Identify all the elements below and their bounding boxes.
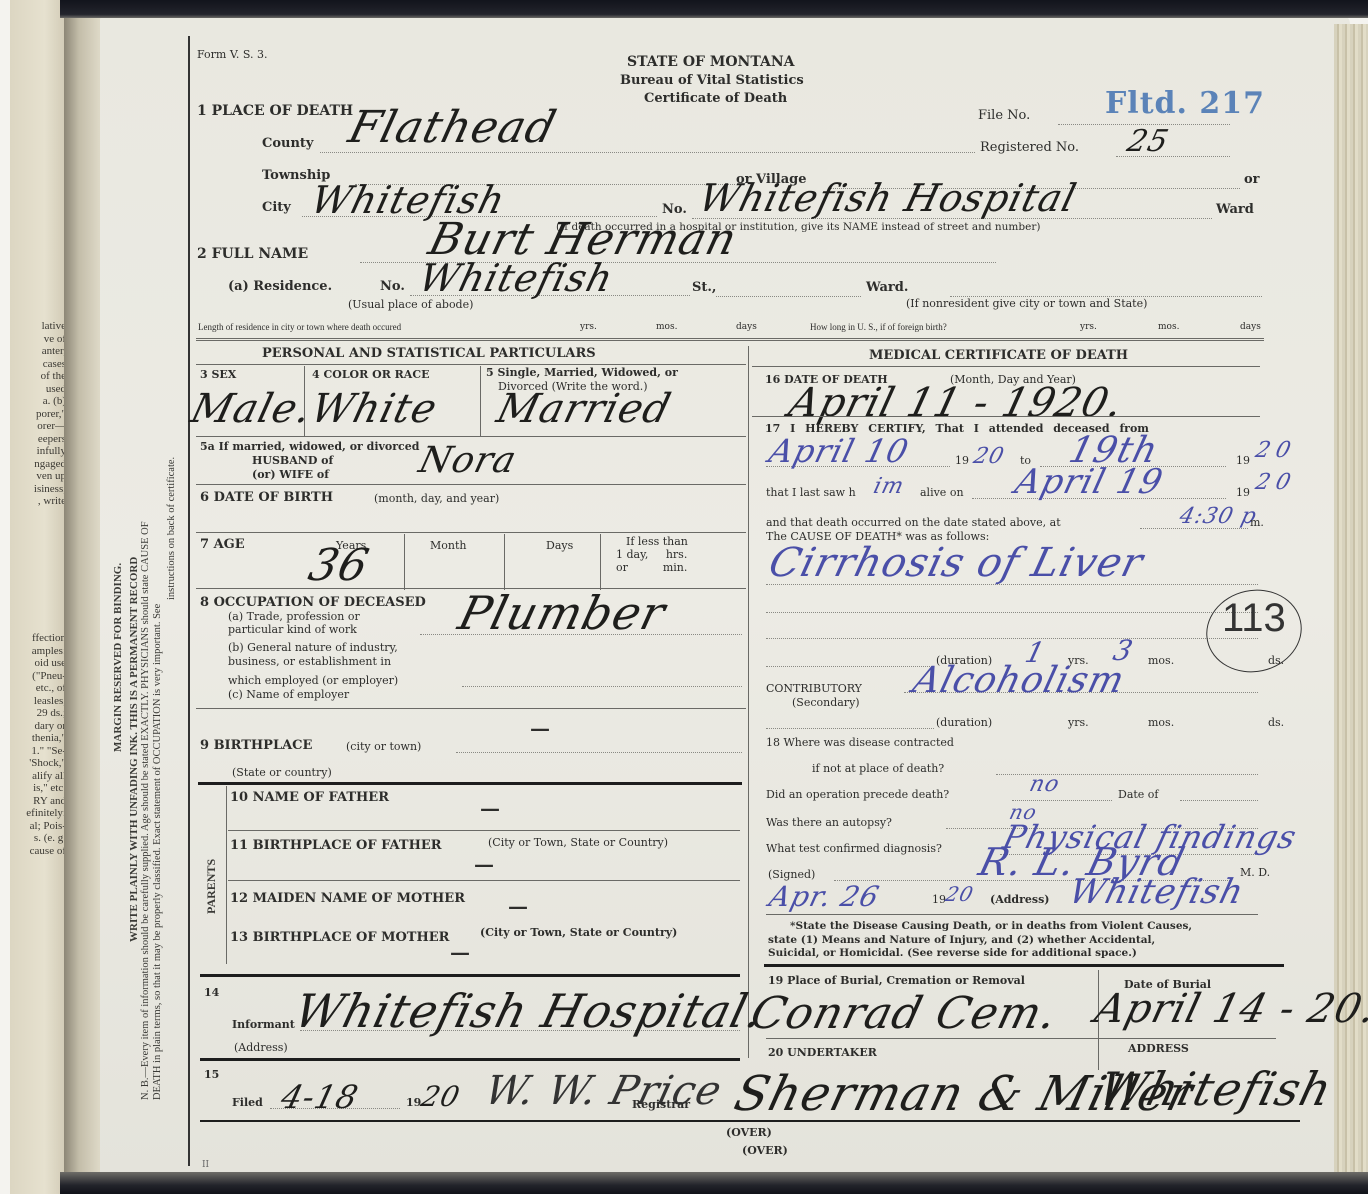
less-than-label-1: If less than	[626, 535, 688, 548]
test-label: What test confirmed diagnosis?	[766, 842, 942, 855]
marital-label: 5 Single, Married, Widowed, or	[486, 366, 678, 379]
occupation-label: 8 OCCUPATION OF DECEASED	[200, 595, 426, 610]
mother-birthplace-label: 13 BIRTHPLACE OF MOTHER	[230, 930, 449, 945]
father-birthplace-value: —	[474, 852, 494, 876]
age-divider	[404, 534, 405, 590]
contributory-yrs-label: yrs.	[1068, 716, 1089, 729]
operation-date-line	[1180, 800, 1258, 801]
date-of-death-value: April 11 - 1920.	[784, 380, 1128, 426]
death-time-value: 4:30 p	[1177, 504, 1260, 529]
us-mos-label: mos.	[1158, 322, 1179, 332]
full-name-label: 2 FULL NAME	[197, 246, 308, 262]
section-divider	[196, 338, 1264, 341]
age-divider	[504, 534, 505, 590]
alive-on-label: alive on	[920, 486, 964, 499]
filed-year-value: 20	[418, 1080, 464, 1113]
scanned-ledger-page: lativeve ofanter,casesof theuseda. (b)po…	[0, 0, 1368, 1194]
sex-race-divider	[304, 366, 305, 436]
occupation-a1: (a) Trade, profession or	[228, 610, 360, 623]
birthplace-label: 9 BIRTHPLACE	[200, 738, 312, 753]
margin-permanent-record-note: WRITE PLAINLY WITH UNFADING INK. THIS IS…	[128, 557, 140, 942]
residence-mos-label: mos.	[656, 322, 677, 332]
from-year-prefix: 19	[955, 454, 969, 467]
father-name-value: —	[480, 796, 500, 820]
age-month-label: Month	[430, 539, 466, 552]
last-saw-year-value: 20	[1253, 470, 1299, 495]
parents-side-divider	[226, 786, 227, 964]
spouse-value: Nora	[415, 440, 521, 481]
less-than-label-3: or min.	[616, 561, 687, 574]
burial-date-value: April 14 - 20.	[1090, 986, 1368, 1032]
abode-note: (Usual place of abode)	[348, 298, 473, 311]
dob-label: 6 DATE OF BIRTH	[200, 490, 333, 505]
birthplace-note: (city or town)	[346, 740, 421, 753]
attended-from-value: April 10	[765, 432, 913, 470]
file-no-stamp: Fltd. 217	[1105, 86, 1265, 121]
sex-value: Male.	[186, 386, 316, 432]
medical-title-rule	[752, 366, 1260, 367]
secondary-label: (Secondary)	[792, 696, 860, 709]
burial-place-label: 19 Place of Burial, Cremation or Removal	[768, 974, 1025, 987]
form-number: Form V. S. 3.	[197, 48, 268, 61]
cause-of-death-value: Cirrhosis of Liver	[764, 540, 1148, 586]
or-label: or	[1244, 172, 1260, 187]
residence-value: Whitefish	[415, 256, 619, 300]
employer-line	[462, 686, 742, 687]
over-label-1: (OVER)	[726, 1126, 772, 1139]
contributory-ds-label: ds.	[1268, 716, 1284, 729]
undertaker-address-value: Whitefish	[1093, 1062, 1338, 1116]
filed-top-rule	[200, 1058, 740, 1061]
sex-label: 3 SEX	[200, 368, 236, 381]
signed-date-value: Apr. 26	[766, 880, 883, 913]
informant-value: Whitefish Hospital.	[289, 984, 769, 1038]
burial-place-value: Conrad Cem.	[746, 988, 1063, 1039]
cause-line-2	[766, 612, 1258, 613]
adjacent-page-text-top: lativeve ofanter,casesof theuseda. (b)po…	[34, 320, 66, 508]
contributory-duration-line	[766, 728, 934, 729]
operation-value: no	[1027, 772, 1063, 797]
occupation-b3: which employed (or employer)	[228, 674, 398, 687]
informant-label: Informant	[232, 1018, 295, 1031]
adjacent-page-text-bottom: ffectionamples:oid use("Pneu-etc., oflea…	[26, 632, 66, 857]
occupation-value: Plumber	[453, 586, 671, 640]
column-divider	[748, 346, 749, 1058]
informant-address-label: (Address)	[234, 1041, 288, 1054]
death-time-label: and that death occurred on the date stat…	[766, 516, 1061, 529]
residence-st-label: St.,	[692, 280, 716, 295]
personal-title-rule	[196, 364, 746, 365]
ward-label: Ward	[1216, 202, 1254, 217]
rule	[196, 708, 746, 709]
less-than-label-2: 1 day, hrs.	[616, 548, 687, 561]
not-place-label: if not at place of death?	[812, 762, 944, 775]
to-year-prefix: 19	[1236, 454, 1250, 467]
medical-section-title: MEDICAL CERTIFICATE OF DEATH	[869, 348, 1128, 363]
residence-label: (a) Residence.	[228, 279, 332, 294]
contributory-duration-label: (duration)	[936, 716, 992, 729]
occupation-b1: (b) General nature of industry,	[228, 641, 398, 654]
marital-value: Married	[492, 386, 676, 432]
spouse-label-3: (or) WIFE of	[252, 468, 329, 481]
registrar-label: Registrar	[632, 1098, 690, 1111]
rule	[196, 484, 746, 485]
cause-line-3	[766, 638, 1258, 639]
bureau-title: Bureau of Vital Statistics	[620, 73, 804, 88]
duration-ds-label: ds.	[1268, 654, 1284, 667]
residence-yrs-label: yrs.	[580, 322, 597, 332]
birthplace-value: —	[530, 716, 550, 740]
file-no-label: File No.	[978, 108, 1030, 123]
over-label-2: (OVER)	[742, 1144, 788, 1157]
filed-number: 15	[204, 1068, 219, 1081]
footnote-line-3: Suicidal, or Homicidal. (See reverse sid…	[768, 947, 1137, 959]
spouse-label-1: 5a If married, widowed, or divorced	[200, 440, 419, 453]
filed-date-value: 4-18	[277, 1078, 362, 1116]
state-title: STATE OF MONTANA	[627, 54, 795, 70]
certificate-title: Certificate of Death	[644, 91, 787, 106]
undertaker-label: 20 UNDERTAKER	[768, 1046, 877, 1059]
footnote-line-1: *State the Disease Causing Death, or in …	[790, 920, 1192, 932]
margin-binding-note: MARGIN RESERVED FOR BINDING.	[112, 563, 124, 752]
length-of-residence-label: Length of residence in city or town wher…	[198, 322, 401, 332]
city-label: City	[262, 200, 291, 215]
to-year-value: 20	[1253, 438, 1299, 463]
age-divider	[600, 534, 601, 590]
circled-code-value: 113	[1222, 596, 1286, 641]
signed-address-label: (Address)	[990, 893, 1050, 906]
scan-bottom-shadow	[60, 1172, 1368, 1194]
personal-section-title: PERSONAL AND STATISTICAL PARTICULARS	[262, 346, 596, 361]
footnote-line-2: state (1) Means and Nature of Injury, an…	[768, 934, 1155, 946]
father-birthplace-label: 11 BIRTHPLACE OF FATHER	[230, 838, 442, 853]
operation-label: Did an operation precede death?	[766, 788, 949, 801]
county-label: County	[262, 136, 313, 151]
page-mark: II	[202, 1160, 209, 1170]
contributory-label: CONTRIBUTORY	[766, 682, 862, 695]
race-marital-divider	[480, 366, 481, 436]
nonresident-note: (If nonresident give city or town and St…	[906, 297, 1147, 310]
mother-name-value: —	[508, 894, 528, 918]
contributory-mos-label: mos.	[1148, 716, 1174, 729]
form-left-border	[188, 36, 190, 1166]
state-country-label: (State or country)	[232, 766, 332, 779]
dob-note: (month, day, and year)	[374, 492, 499, 505]
rule	[228, 880, 740, 881]
father-birthplace-note: (City or Town, State or Country)	[488, 836, 668, 849]
last-saw-year-prefix: 19	[1236, 486, 1250, 499]
us-days-label: days	[1240, 322, 1261, 332]
occupation-a2: particular kind of work	[228, 623, 357, 636]
county-value: Flathead	[344, 102, 562, 153]
us-yrs-label: yrs.	[1080, 322, 1097, 332]
mother-birthplace-value: —	[450, 940, 470, 964]
rule	[228, 830, 740, 831]
residence-days-label: days	[736, 322, 757, 332]
father-name-label: 10 NAME OF FATHER	[230, 790, 389, 805]
rule	[766, 1038, 1276, 1039]
signed-address-value: Whitefish	[1065, 872, 1248, 912]
duration-mos-label: mos.	[1148, 654, 1174, 667]
age-days-label: Days	[546, 539, 573, 552]
death-time-m-label: m.	[1250, 516, 1264, 529]
residence-st-line	[716, 296, 861, 297]
autopsy-label: Was there an autopsy?	[766, 816, 892, 829]
spouse-label-2: HUSBAND of	[252, 454, 333, 467]
parents-side-label: PARENTS	[204, 859, 219, 914]
informant-number: 14	[204, 986, 219, 999]
parents-top-rule	[198, 782, 742, 785]
duration-line	[766, 666, 934, 667]
margin-instruction-line3: instructions on back of certificate.	[166, 457, 177, 600]
mother-name-label: 12 MAIDEN NAME OF MOTHER	[230, 891, 465, 906]
race-value: White	[306, 386, 442, 432]
rule	[766, 914, 1258, 915]
scan-top-shadow	[60, 0, 1368, 18]
rule	[752, 416, 1260, 417]
residence-ward-label: Ward.	[866, 280, 908, 295]
undertaker-address-label: ADDRESS	[1128, 1042, 1189, 1055]
adjacent-page-fragment: lativeve ofanter,casesof theuseda. (b)po…	[10, 0, 68, 1194]
last-saw-pronoun: im	[871, 474, 907, 499]
age-label: 7 AGE	[200, 537, 245, 552]
mother-birthplace-note: (City or Town, State or Country)	[480, 926, 677, 939]
filed-label: Filed	[232, 1096, 263, 1109]
margin-instruction-line2: DEATH in plain terms, so that it may be …	[152, 604, 163, 1100]
birthplace-line	[456, 752, 742, 753]
rule	[196, 436, 746, 437]
date-of-label: Date of	[1118, 788, 1159, 801]
contributory-value: Alcoholism	[909, 660, 1129, 701]
place-of-death-label: 1 PLACE OF DEATH	[197, 103, 353, 119]
street-no-value: Whitefish Hospital	[695, 176, 1082, 220]
rule	[196, 532, 746, 533]
occupation-b2: business, or establishment in	[228, 655, 391, 668]
last-saw-value: April 19	[1011, 462, 1167, 502]
how-long-in-us-label: How long in U. S., if of foreign birth?	[810, 322, 947, 332]
last-saw-label: that I last saw h	[766, 486, 856, 499]
residence-no-label: No.	[380, 279, 405, 294]
margin-instruction-line1: N. B.—Every item of information should b…	[140, 521, 151, 1100]
burial-top-rule	[764, 964, 1284, 967]
informant-top-rule	[200, 974, 740, 977]
where-contracted-label: 18 Where was disease contracted	[766, 736, 954, 749]
registered-no-label: Registered No.	[980, 140, 1079, 155]
from-year-value: 20	[971, 444, 1007, 469]
occupation-c: (c) Name of employer	[228, 688, 349, 701]
race-label: 4 COLOR OR RACE	[312, 368, 429, 381]
